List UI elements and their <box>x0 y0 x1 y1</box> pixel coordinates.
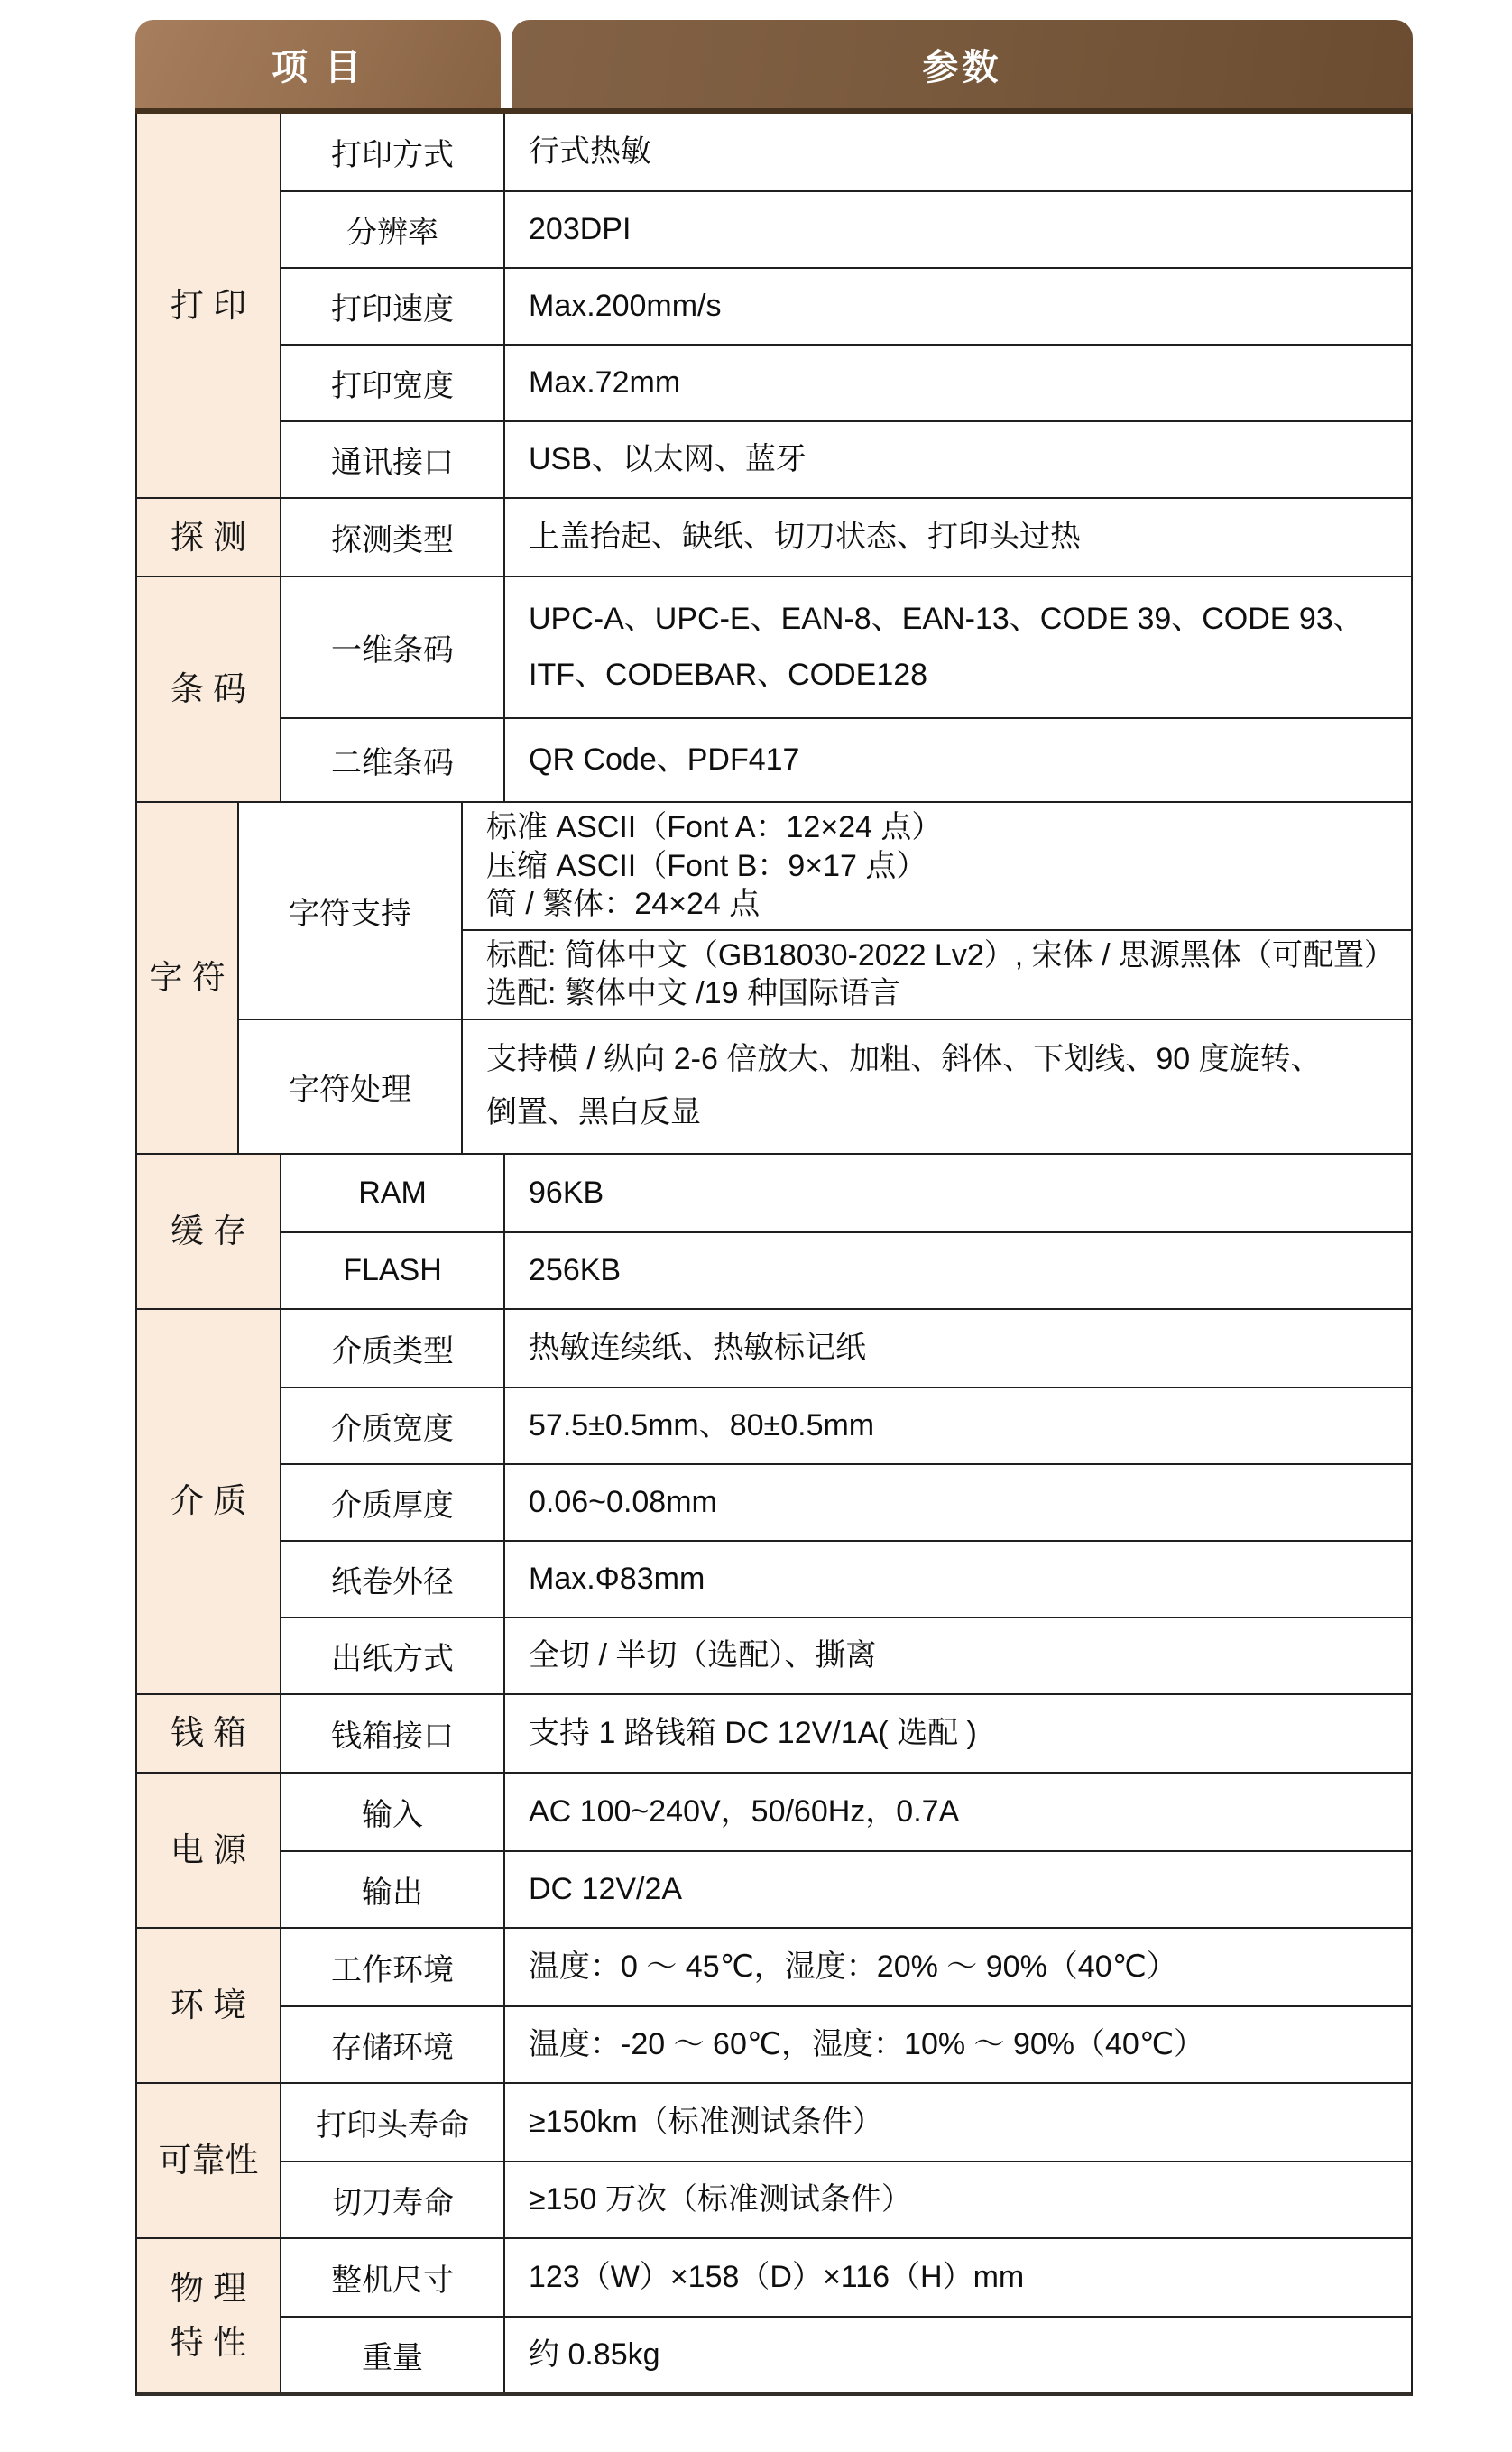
section-cash-drawer: 钱 箱 钱箱接口 支持 1 路钱箱 DC 12V/1A( 选配 ) <box>137 1693 1411 1772</box>
table-row: 打印速度 Max.200mm/s <box>280 267 1411 344</box>
spec-value: Max.Φ83mm <box>505 1542 1411 1617</box>
section-detection: 探 测 探测类型 上盖抬起、缺纸、切刀状态、打印头过热 <box>137 497 1411 576</box>
spec-label: 介质厚度 <box>280 1465 505 1540</box>
table-row: 一维条码 UPC-A、UPC-E、EAN-8、EAN-13、CODE 39、CO… <box>280 577 1411 717</box>
table-row: 工作环境 温度：0 ～ 45℃，湿度：20% ～ 90%（40℃） <box>280 1929 1411 2005</box>
spec-value: 标准 ASCII（Font A：12×24 点） 压缩 ASCII（Font B… <box>463 803 1411 929</box>
spec-value: QR Code、PDF417 <box>505 719 1411 801</box>
category-cell: 字 符 <box>137 803 237 1153</box>
section-environment: 环 境 工作环境 温度：0 ～ 45℃，湿度：20% ～ 90%（40℃） 存储… <box>137 1927 1411 2082</box>
spec-value: 全切 / 半切（选配）、撕离 <box>505 1618 1411 1693</box>
table-row: 通讯接口 USB、以太网、蓝牙 <box>280 420 1411 497</box>
spec-label: 整机尺寸 <box>280 2239 505 2316</box>
section-buffer: 缓 存 RAM 96KB FLASH 256KB <box>137 1153 1411 1308</box>
header-gap <box>501 20 512 108</box>
table-body: 打 印 打印方式 行式热敏 分辨率 203DPI 打印速度 Max.200mm/… <box>135 114 1413 2396</box>
spec-value: Max.200mm/s <box>505 269 1411 344</box>
spec-label: RAM <box>280 1155 505 1231</box>
category-cell: 电 源 <box>137 1774 280 1927</box>
spec-value: Max.72mm <box>505 346 1411 420</box>
spec-label: 通讯接口 <box>280 422 505 497</box>
spec-label: 字符支持 <box>237 803 463 1019</box>
spec-label: 纸卷外径 <box>280 1542 505 1617</box>
spec-value: 标配: 简体中文（GB18030-2022 Lv2）, 宋体 / 思源黑体（可配… <box>463 929 1411 1019</box>
table-row: 出纸方式 全切 / 半切（选配）、撕离 <box>280 1617 1411 1693</box>
table-row: 探测类型 上盖抬起、缺纸、切刀状态、打印头过热 <box>280 499 1411 576</box>
spec-value: 行式热敏 <box>505 114 1411 190</box>
spec-label: 探测类型 <box>280 499 505 576</box>
spec-value: UPC-A、UPC-E、EAN-8、EAN-13、CODE 39、CODE 93… <box>505 577 1411 717</box>
spec-value: 203DPI <box>505 192 1411 267</box>
table-row: 二维条码 QR Code、PDF417 <box>280 717 1411 801</box>
spec-label: 重量 <box>280 2318 505 2392</box>
table-row: 字符处理 支持横 / 纵向 2-6 倍放大、加粗、斜体、下划线、90 度旋转、 … <box>237 1019 1411 1153</box>
category-cell: 探 测 <box>137 499 280 576</box>
table-row: 字符支持 标准 ASCII（Font A：12×24 点） 压缩 ASCII（F… <box>237 803 1411 1019</box>
spec-value: ≥150km（标准测试条件） <box>505 2084 1411 2161</box>
header-param-column: 参数 <box>512 20 1413 108</box>
table-row: 分辨率 203DPI <box>280 190 1411 267</box>
table-row: 打印方式 行式热敏 <box>280 114 1411 190</box>
page: 项 目 参数 打 印 打印方式 行式热敏 分辨率 203DPI <box>0 0 1512 2452</box>
table-row: RAM 96KB <box>280 1155 1411 1231</box>
section-print: 打 印 打印方式 行式热敏 分辨率 203DPI 打印速度 Max.200mm/… <box>137 114 1411 497</box>
table-row: 介质厚度 0.06~0.08mm <box>280 1463 1411 1540</box>
spec-value: 支持横 / 纵向 2-6 倍放大、加粗、斜体、下划线、90 度旋转、 倒置、黑白… <box>463 1020 1411 1153</box>
table-row: 切刀寿命 ≥150 万次（标准测试条件） <box>280 2161 1411 2237</box>
spec-label: 输入 <box>280 1774 505 1850</box>
spec-value: 约 0.85kg <box>505 2318 1411 2392</box>
section-character: 字 符 字符支持 标准 ASCII（Font A：12×24 点） 压缩 ASC… <box>137 801 1411 1153</box>
table-row: 打印头寿命 ≥150km（标准测试条件） <box>280 2084 1411 2161</box>
table-row: 整机尺寸 123（W）×158（D）×116（H）mm <box>280 2239 1411 2316</box>
table-row: 输入 AC 100~240V，50/60Hz，0.7A <box>280 1774 1411 1850</box>
spec-label: 介质宽度 <box>280 1388 505 1463</box>
spec-label: 出纸方式 <box>280 1618 505 1693</box>
spec-label: 钱箱接口 <box>280 1695 505 1772</box>
category-cell: 物 理 特 性 <box>137 2239 280 2392</box>
spec-label: 介质类型 <box>280 1310 505 1387</box>
spec-label: 打印速度 <box>280 269 505 344</box>
spec-label: 一维条码 <box>280 577 505 717</box>
table-row: 输出 DC 12V/2A <box>280 1850 1411 1927</box>
spec-label: 切刀寿命 <box>280 2162 505 2237</box>
category-cell: 钱 箱 <box>137 1695 280 1772</box>
spec-value: DC 12V/2A <box>505 1852 1411 1927</box>
spec-label: 输出 <box>280 1852 505 1927</box>
section-reliability: 可靠性 打印头寿命 ≥150km（标准测试条件） 切刀寿命 ≥150 万次（标准… <box>137 2082 1411 2237</box>
spec-value: USB、以太网、蓝牙 <box>505 422 1411 497</box>
spec-label: 分辨率 <box>280 192 505 267</box>
spec-label: 打印方式 <box>280 114 505 190</box>
spec-label: 存储环境 <box>280 2007 505 2082</box>
spec-value: 0.06~0.08mm <box>505 1465 1411 1540</box>
spec-value: 温度：-20 ～ 60℃，湿度：10% ～ 90%（40℃） <box>505 2007 1411 2082</box>
category-cell: 介 质 <box>137 1310 280 1693</box>
spec-label: 打印宽度 <box>280 346 505 420</box>
spec-label: 工作环境 <box>280 1929 505 2005</box>
spec-value: 57.5±0.5mm、80±0.5mm <box>505 1388 1411 1463</box>
spec-value: ≥150 万次（标准测试条件） <box>505 2162 1411 2237</box>
spec-value: 256KB <box>505 1233 1411 1308</box>
spec-value: 123（W）×158（D）×116（H）mm <box>505 2239 1411 2316</box>
table-row: 存储环境 温度：-20 ～ 60℃，湿度：10% ～ 90%（40℃） <box>280 2005 1411 2082</box>
table-row: 打印宽度 Max.72mm <box>280 344 1411 420</box>
spec-value: 上盖抬起、缺纸、切刀状态、打印头过热 <box>505 499 1411 576</box>
section-barcode: 条 码 一维条码 UPC-A、UPC-E、EAN-8、EAN-13、CODE 3… <box>137 576 1411 801</box>
spec-label: 二维条码 <box>280 719 505 801</box>
section-power: 电 源 输入 AC 100~240V，50/60Hz，0.7A 输出 DC 12… <box>137 1772 1411 1927</box>
table-header: 项 目 参数 <box>135 20 1413 108</box>
table-row: 重量 约 0.85kg <box>280 2316 1411 2392</box>
category-cell: 缓 存 <box>137 1155 280 1308</box>
spec-value: 热敏连续纸、热敏标记纸 <box>505 1310 1411 1387</box>
table-row: 钱箱接口 支持 1 路钱箱 DC 12V/1A( 选配 ) <box>280 1695 1411 1772</box>
spec-table: 项 目 参数 打 印 打印方式 行式热敏 分辨率 203DPI <box>135 20 1413 2396</box>
spec-label: 字符处理 <box>237 1020 463 1153</box>
header-item-column: 项 目 <box>135 20 501 108</box>
section-physical: 物 理 特 性 整机尺寸 123（W）×158（D）×116（H）mm 重量 约… <box>137 2237 1411 2392</box>
spec-label: 打印头寿命 <box>280 2084 505 2161</box>
table-row: 介质宽度 57.5±0.5mm、80±0.5mm <box>280 1387 1411 1463</box>
category-cell: 条 码 <box>137 577 280 801</box>
table-row: 纸卷外径 Max.Φ83mm <box>280 1540 1411 1617</box>
spec-value: 支持 1 路钱箱 DC 12V/1A( 选配 ) <box>505 1695 1411 1772</box>
category-cell: 环 境 <box>137 1929 280 2082</box>
spec-label: FLASH <box>280 1233 505 1308</box>
spec-value: 温度：0 ～ 45℃，湿度：20% ～ 90%（40℃） <box>505 1929 1411 2005</box>
table-row: 介质类型 热敏连续纸、热敏标记纸 <box>280 1310 1411 1387</box>
spec-value: 96KB <box>505 1155 1411 1231</box>
category-cell: 打 印 <box>137 114 280 497</box>
category-cell: 可靠性 <box>137 2084 280 2237</box>
section-media: 介 质 介质类型 热敏连续纸、热敏标记纸 介质宽度 57.5±0.5mm、80±… <box>137 1308 1411 1693</box>
table-row: FLASH 256KB <box>280 1231 1411 1308</box>
spec-value: AC 100~240V，50/60Hz，0.7A <box>505 1774 1411 1850</box>
